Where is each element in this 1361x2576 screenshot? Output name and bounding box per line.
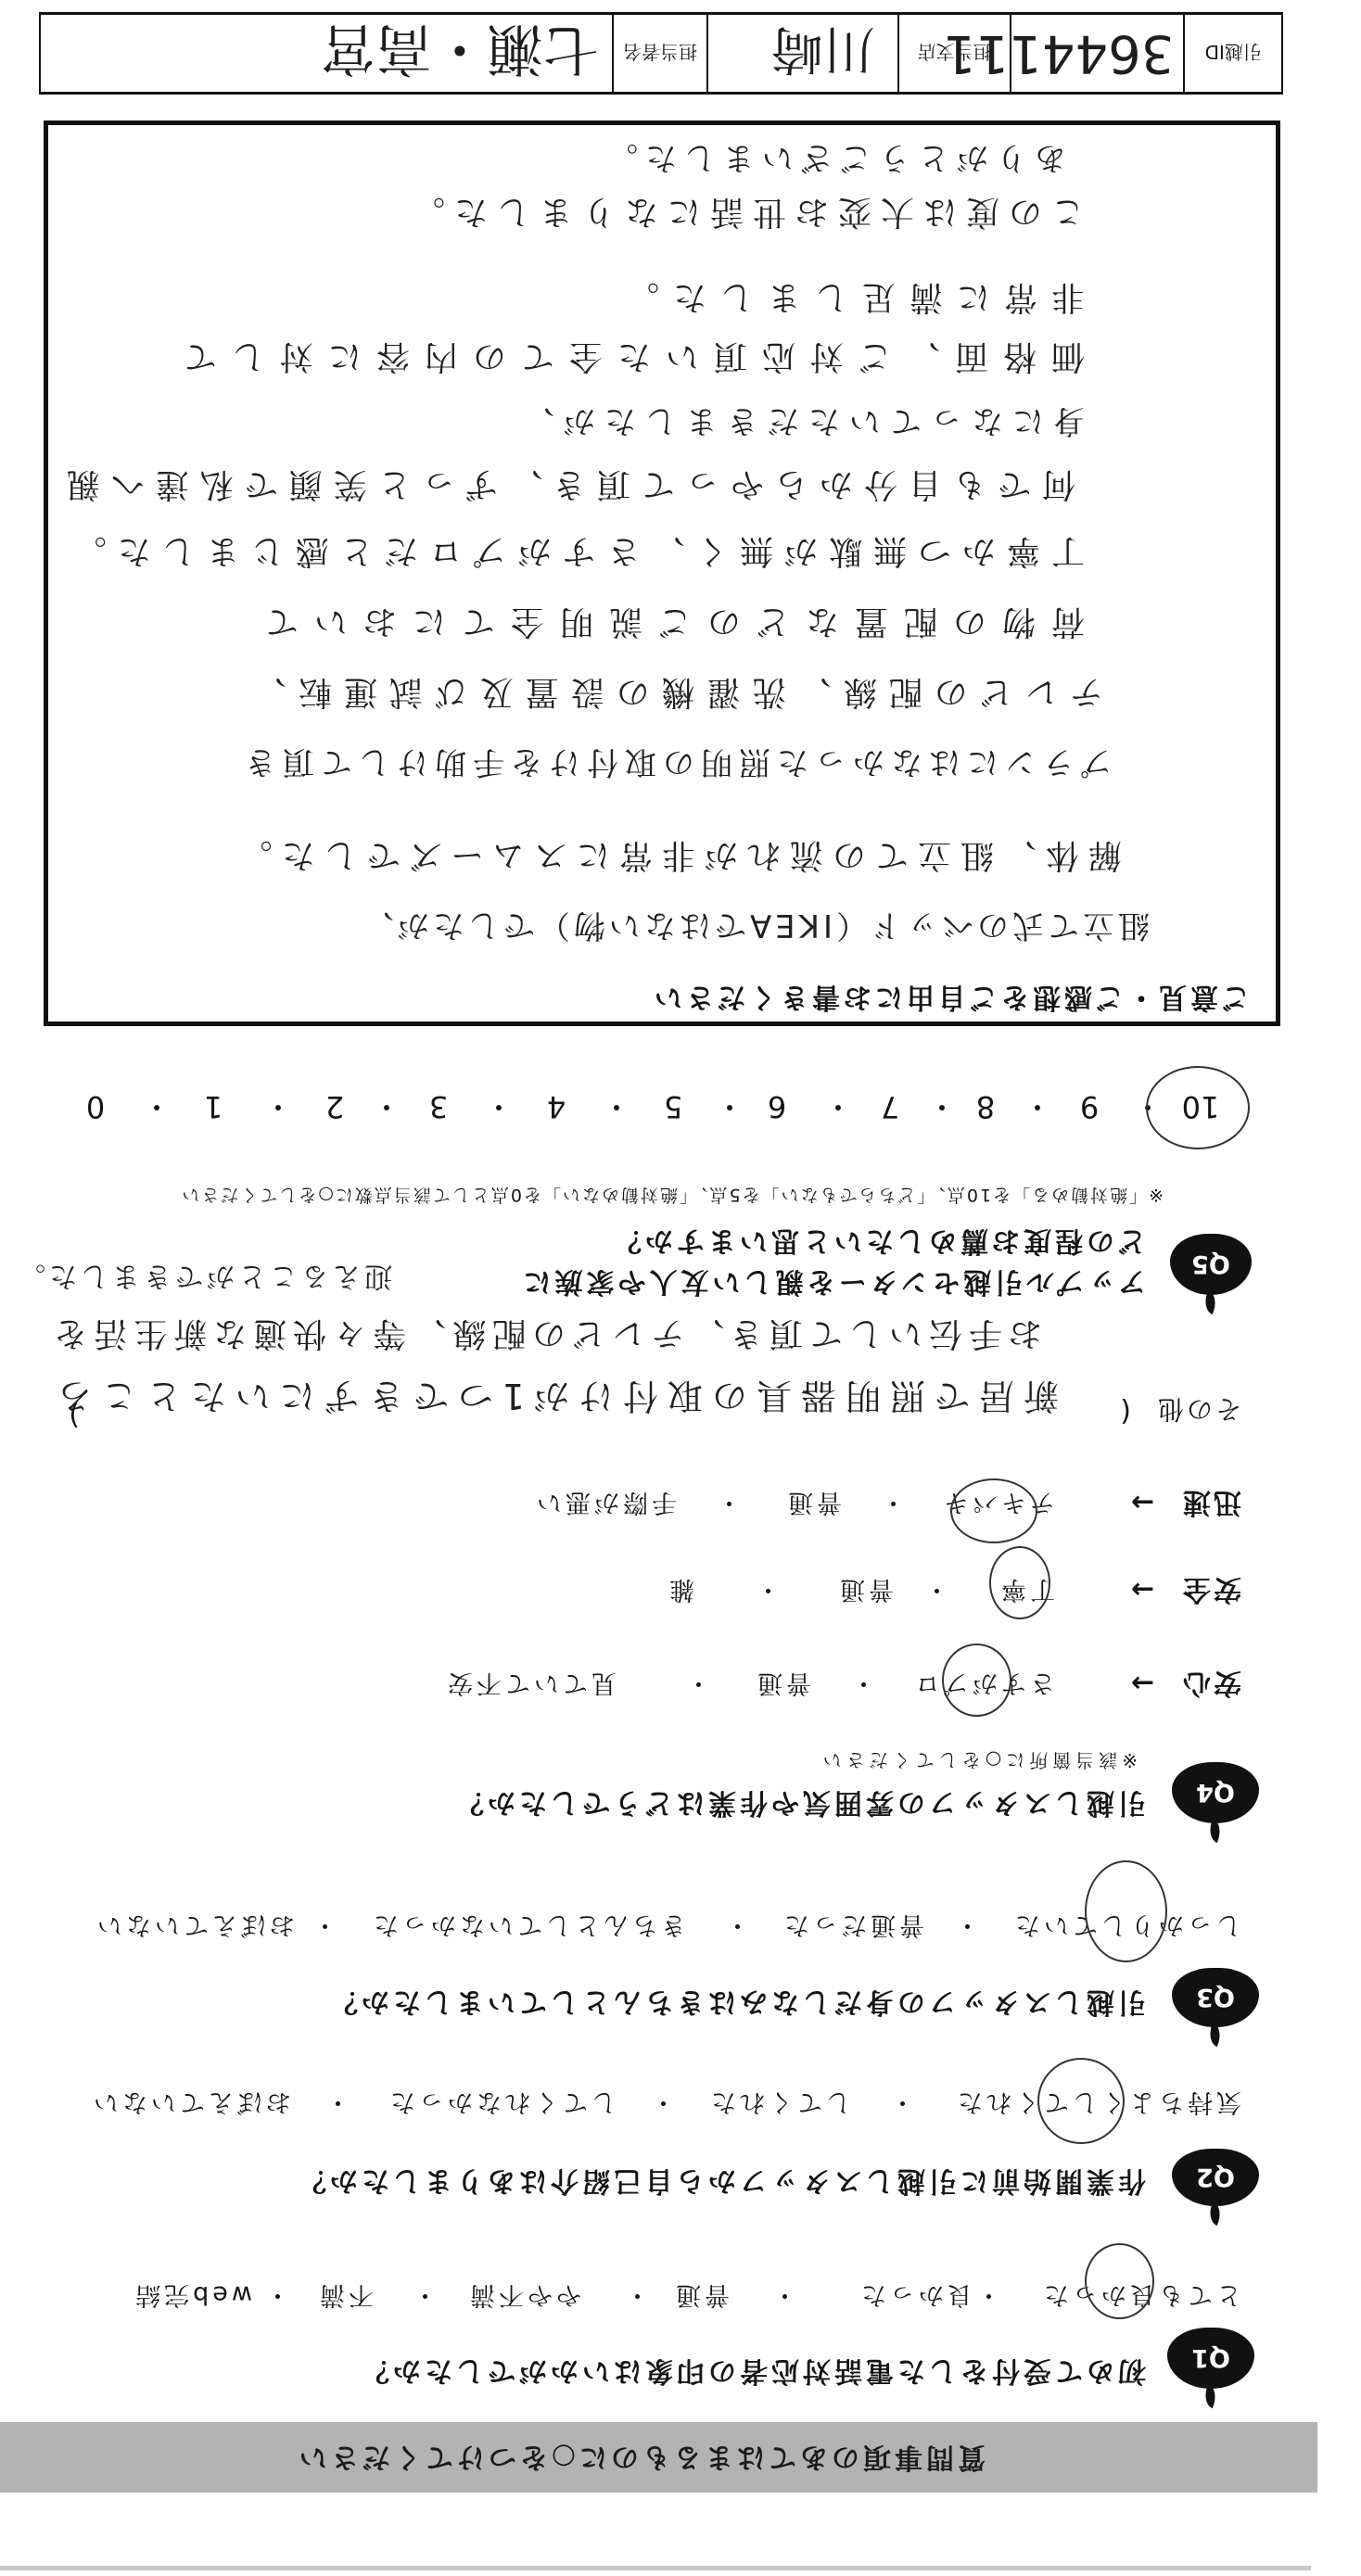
- separator: ・: [890, 2086, 915, 2117]
- instruction-bar: 質問事項のあてはまるものに○をつけてください: [0, 2422, 1317, 2493]
- q4-row-label-relief: 安心: [1180, 1667, 1241, 1698]
- score-0: 0: [68, 1090, 123, 1123]
- move-id-value: 3644111: [1010, 15, 1183, 92]
- q1-question-text: 初めて受付をした電話対応者の印象はいかがでしたか？: [358, 2354, 1146, 2386]
- q1-option-web: web完結: [132, 2278, 252, 2310]
- instruction-text: 質問事項のあてはまるものに○をつけてください: [296, 2441, 986, 2472]
- separator: ・: [955, 1909, 980, 1940]
- separator: ・: [717, 1486, 742, 1517]
- comment-line: 解体、組立ての流れが非常にスムーズでした。: [230, 836, 1122, 874]
- comment-line: この度は大変お世話になりました。: [402, 193, 1085, 231]
- q4-safety-option-normal: 普通: [836, 1573, 894, 1605]
- q4-speed-option-normal: 普通: [784, 1486, 842, 1517]
- q2-question-text: 作業開始前に引越しスタッフから自己紹介はありましたか？: [295, 2164, 1146, 2196]
- separator: ・: [686, 1667, 711, 1698]
- q4-other-open-paren: (: [1117, 1395, 1131, 1427]
- q5-note: ※「絶対勧める」を10点、「どちらでもない」を5点、「絶対勧めない」を0点として…: [180, 1184, 1164, 1206]
- comment-line: テレビの配線、洗濯機の設置及び試運転、: [241, 673, 1103, 711]
- move-id-label: 引越ID: [1183, 15, 1281, 92]
- separator: ・: [1010, 1090, 1065, 1123]
- q1-badge-label: Q1: [1191, 2344, 1230, 2373]
- q4-speed-option-clumsy: 手際が悪い: [533, 1486, 677, 1517]
- q1-badge: Q1: [1167, 2328, 1254, 2389]
- separator: ・: [756, 1573, 781, 1605]
- score-9: 9: [1062, 1090, 1117, 1123]
- apple-leaf-icon: [1204, 2202, 1226, 2226]
- separator: ・: [810, 1090, 866, 1123]
- q4-other-handwritten-line: 迎えることができました。: [14, 1260, 392, 1292]
- q3-option-not-neat: きちんとしていなかった: [370, 1909, 686, 1940]
- q2-badge-label: Q2: [1196, 2164, 1235, 2192]
- apple-leaf-icon: [1200, 2384, 1221, 2408]
- q5-badge: Q5: [1170, 1234, 1252, 1295]
- separator: ・: [702, 1090, 757, 1123]
- apple-leaf-icon: [1200, 1290, 1221, 1314]
- q4-badge: Q4: [1172, 1762, 1259, 1823]
- q2-badge: Q2: [1172, 2149, 1259, 2206]
- q1-option-dissatisfied: 不満: [316, 2278, 374, 2310]
- separator: ・: [881, 1486, 906, 1517]
- q2-option-dont-remember: おぼえていない: [90, 2086, 291, 2117]
- q3-option-normal: 普通だった: [781, 1909, 924, 1940]
- separator: ・: [413, 2278, 438, 2310]
- header-table: 引越ID 3644111 担当支店 川崎 担当者名 七瀬・高宮: [39, 12, 1283, 95]
- separator: ・: [471, 1090, 527, 1123]
- branch-label: 担当支店: [897, 15, 1011, 92]
- q2-selection-circle: [1037, 2058, 1125, 2144]
- separator: ・: [851, 1667, 876, 1698]
- q1-selection-circle: [1085, 2243, 1154, 2319]
- separator: ・: [772, 2278, 797, 2310]
- separator: ・: [976, 2278, 1001, 2310]
- score-1: 1: [185, 1090, 241, 1123]
- q1-option-normal: 普通: [672, 2278, 730, 2310]
- comment-line: 丁寧かつ無駄が無く、さすがプロだと感じました。: [62, 532, 1085, 570]
- comment-line: 非常に満足しました。: [612, 278, 1085, 316]
- q4-other-label: その他: [1155, 1393, 1241, 1425]
- q5-question-text-line1: アップル引越センターを親しい友人や家族に: [520, 1265, 1147, 1297]
- apple-leaf-icon: [1204, 2023, 1226, 2047]
- comment-heading: ご意見・ご感想をご自由にお書きください: [651, 981, 1250, 1012]
- q3-option-dont-remember: おぼえていない: [94, 1909, 295, 1940]
- separator: ・: [359, 1090, 414, 1123]
- separator: ・: [129, 1090, 184, 1123]
- separator: ・: [725, 1909, 750, 1940]
- q5-selection-circle: [1146, 1066, 1250, 1149]
- score-7: 7: [862, 1090, 918, 1123]
- q4-safety-selection-circle: [989, 1546, 1050, 1619]
- q3-badge: Q3: [1172, 1968, 1259, 2027]
- q4-relief-selection-circle: [942, 1643, 1011, 1717]
- q1-option-good: 良かった: [858, 2278, 973, 2310]
- comment-box: [44, 121, 1280, 1026]
- comment-line: 荷物の配置などのご説明全てにおいて: [249, 603, 1085, 641]
- separator: ・: [625, 2278, 650, 2310]
- score-6: 6: [749, 1090, 805, 1123]
- comment-line: 何でも自分からやって頂き、ずっと笑顔で私達へ親: [56, 465, 1075, 503]
- q4-other-handwritten-line: お手伝いして頂き、テレビの配線、等々快適な新生活を: [47, 1314, 1042, 1352]
- score-4: 4: [528, 1090, 584, 1123]
- q4-row-label-speed: 迅速: [1180, 1486, 1241, 1517]
- separator: ・: [325, 2086, 350, 2117]
- comment-line: 組立て式のベッド（IKEAではない物）でしたが、: [359, 907, 1150, 943]
- score-2: 2: [307, 1090, 363, 1123]
- separator: ・: [250, 1090, 306, 1123]
- q4-safety-option-rough: 雑: [666, 1573, 694, 1605]
- comment-line: ありがとうございました。: [599, 139, 1066, 175]
- separator: ・: [914, 1090, 970, 1123]
- q5-question-text-line2: どの程度お薦めしたいと思いますか？: [610, 1225, 1146, 1256]
- q4-other-close-paren: ): [66, 1399, 80, 1430]
- comment-line: 身になっていただきましたが、: [514, 402, 1085, 438]
- q2-option-yes: してくれた: [707, 2086, 851, 2117]
- q3-badge-label: Q3: [1196, 1984, 1235, 2012]
- q4-speed-selection-circle: [950, 1478, 1037, 1543]
- separator: ・: [924, 1573, 949, 1605]
- apple-leaf-icon: [1204, 1819, 1226, 1843]
- scanned-survey-page: 質問事項のあてはまるものに○をつけてください Q1 初めて受付をした電話対応者の…: [0, 0, 1361, 2576]
- q3-question-text: 引越しスタッフの身だしなみはきちんとしていましたか？: [326, 1986, 1146, 2017]
- q2-option-no: してくれなかった: [387, 2086, 617, 2117]
- q4-note: ※該当箇所に○をしてください: [819, 1749, 1138, 1771]
- q5-badge-label: Q5: [1191, 1250, 1230, 1279]
- score-5: 5: [645, 1090, 701, 1123]
- arrow-right-icon: →: [1128, 1486, 1154, 1517]
- q3-selection-circle: [1085, 1860, 1167, 1962]
- comment-line: 価格面、ご対応頂いた全ての内容に対して: [169, 337, 1085, 375]
- arrow-right-icon: →: [1128, 1573, 1154, 1605]
- paper-edge-line: [0, 2566, 1311, 2570]
- branch-value: 川崎: [706, 15, 897, 92]
- q4-row-label-safety: 安全: [1180, 1573, 1241, 1605]
- score-3: 3: [411, 1090, 466, 1123]
- arrow-right-icon: →: [1128, 1667, 1154, 1698]
- q4-relief-option-anxious: 見ていて不安: [444, 1667, 617, 1698]
- q4-other-handwritten-line: 新居で照明器具の取付けが1つできずにいたところ: [48, 1375, 1059, 1415]
- staff-value: 七瀬・高宮: [41, 15, 612, 92]
- separator: ・: [265, 2278, 290, 2310]
- q4-relief-option-normal: 普通: [754, 1667, 811, 1698]
- separator: ・: [312, 1909, 337, 1940]
- staff-label: 担当者名: [612, 15, 707, 92]
- q4-badge-label: Q4: [1196, 1779, 1235, 1808]
- separator: ・: [589, 1090, 644, 1123]
- comment-line: プランにはなかった照明の取付けを手助けして頂き: [238, 743, 1113, 780]
- q1-option-slightly-dissatisfied: やや不満: [466, 2278, 581, 2310]
- separator: ・: [651, 2086, 676, 2117]
- q4-question-text: 引越しスタッフの雰囲気や作業はどうでしたか？: [452, 1786, 1146, 1818]
